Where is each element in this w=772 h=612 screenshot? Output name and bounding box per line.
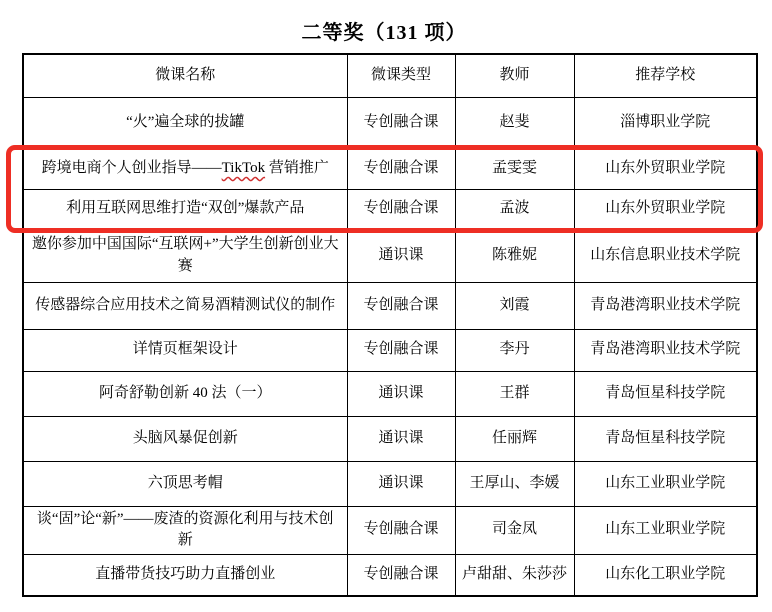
teacher-cell: 赵斐	[455, 97, 574, 149]
teacher-cell: 孟波	[455, 189, 574, 229]
course-type-cell: 通识课	[347, 416, 455, 461]
school-cell: 青岛港湾职业技术学院	[574, 282, 757, 329]
course-type-cell: 专创融合课	[347, 282, 455, 329]
course-type-cell: 专创融合课	[347, 506, 455, 555]
school-cell: 山东外贸职业学院	[574, 189, 757, 229]
course-name-cell: 传感器综合应用技术之简易酒精测试仪的制作	[23, 282, 347, 329]
school-cell: 淄博职业学院	[574, 97, 757, 149]
course-type-cell: 专创融合课	[347, 97, 455, 149]
course-name-cell: 邀你参加中国国际“互联网+”大学生创新创业大赛	[23, 229, 347, 282]
teacher-cell: 孟雯雯	[455, 149, 574, 189]
table-row: 详情页框架设计 专创融合课 李丹 青岛港湾职业技术学院	[23, 329, 757, 371]
school-cell: 青岛港湾职业技术学院	[574, 329, 757, 371]
school-cell: 山东外贸职业学院	[574, 149, 757, 189]
course-type-cell: 专创融合课	[347, 329, 455, 371]
awards-table: 微课名称 微课类型 教师 推荐学校 “火”遍全球的拔罐 专创融合课 赵斐 淄博职…	[22, 53, 758, 597]
course-name-cell: 直播带货技巧助力直播创业	[23, 555, 347, 596]
school-cell: 山东信息职业技术学院	[574, 229, 757, 282]
header-course-type: 微课类型	[347, 54, 455, 97]
tiktok-spellcheck-text: TikTok	[222, 160, 265, 176]
table-row-highlighted: 利用互联网思维打造“双创”爆款产品 专创融合课 孟波 山东外贸职业学院	[23, 189, 757, 229]
table-header-row: 微课名称 微课类型 教师 推荐学校	[23, 54, 757, 97]
header-course-name: 微课名称	[23, 54, 347, 97]
course-type-cell: 通识课	[347, 229, 455, 282]
teacher-cell: 司金凤	[455, 506, 574, 555]
teacher-cell: 刘霞	[455, 282, 574, 329]
table-row: 六顶思考帽 通识课 王厚山、李媛 山东工业职业学院	[23, 461, 757, 506]
table-row: 阿奇舒勒创新 40 法（一） 通识课 王群 青岛恒星科技学院	[23, 371, 757, 416]
course-name-part: 跨境电商个人创业指导——	[42, 160, 222, 176]
teacher-cell: 王厚山、李媛	[455, 461, 574, 506]
course-name-part: 营销推广	[265, 160, 329, 176]
school-cell: 青岛恒星科技学院	[574, 371, 757, 416]
table-row: 头脑风暴促创新 通识课 任丽辉 青岛恒星科技学院	[23, 416, 757, 461]
teacher-cell: 卢甜甜、朱莎莎	[455, 555, 574, 596]
table-row: 传感器综合应用技术之简易酒精测试仪的制作 专创融合课 刘霞 青岛港湾职业技术学院	[23, 282, 757, 329]
teacher-cell: 王群	[455, 371, 574, 416]
course-name-cell: 跨境电商个人创业指导——TikTok 营销推广	[23, 149, 347, 189]
school-cell: 山东工业职业学院	[574, 506, 757, 555]
table-row: 直播带货技巧助力直播创业 专创融合课 卢甜甜、朱莎莎 山东化工职业学院	[23, 555, 757, 596]
teacher-cell: 陈雅妮	[455, 229, 574, 282]
school-cell: 青岛恒星科技学院	[574, 416, 757, 461]
document-page: 二等奖（131 项） 微课名称 微课类型 教师 推荐学校 “火”遍全球的拔罐 专…	[0, 0, 772, 612]
page-title: 二等奖（131 项）	[0, 16, 768, 45]
table-row: 谈“固”论“新”——废渣的资源化利用与技术创新 专创融合课 司金凤 山东工业职业…	[23, 506, 757, 555]
course-type-cell: 专创融合课	[347, 189, 455, 229]
course-type-cell: 专创融合课	[347, 555, 455, 596]
course-name-cell: 利用互联网思维打造“双创”爆款产品	[23, 189, 347, 229]
header-teacher: 教师	[455, 54, 574, 97]
school-cell: 山东化工职业学院	[574, 555, 757, 596]
table-row-highlighted: 跨境电商个人创业指导——TikTok 营销推广 专创融合课 孟雯雯 山东外贸职业…	[23, 149, 757, 189]
course-name-cell: 头脑风暴促创新	[23, 416, 347, 461]
course-name-cell: 六顶思考帽	[23, 461, 347, 506]
school-cell: 山东工业职业学院	[574, 461, 757, 506]
course-name-cell: 详情页框架设计	[23, 329, 347, 371]
header-school: 推荐学校	[574, 54, 757, 97]
table-row: “火”遍全球的拔罐 专创融合课 赵斐 淄博职业学院	[23, 97, 757, 149]
course-type-cell: 通识课	[347, 461, 455, 506]
course-name-cell: “火”遍全球的拔罐	[23, 97, 347, 149]
course-type-cell: 专创融合课	[347, 149, 455, 189]
course-type-cell: 通识课	[347, 371, 455, 416]
table-body: “火”遍全球的拔罐 专创融合课 赵斐 淄博职业学院 跨境电商个人创业指导——Ti…	[23, 97, 757, 596]
course-name-cell: 阿奇舒勒创新 40 法（一）	[23, 371, 347, 416]
teacher-cell: 任丽辉	[455, 416, 574, 461]
teacher-cell: 李丹	[455, 329, 574, 371]
table-row: 邀你参加中国国际“互联网+”大学生创新创业大赛 通识课 陈雅妮 山东信息职业技术…	[23, 229, 757, 282]
course-name-cell: 谈“固”论“新”——废渣的资源化利用与技术创新	[23, 506, 347, 555]
